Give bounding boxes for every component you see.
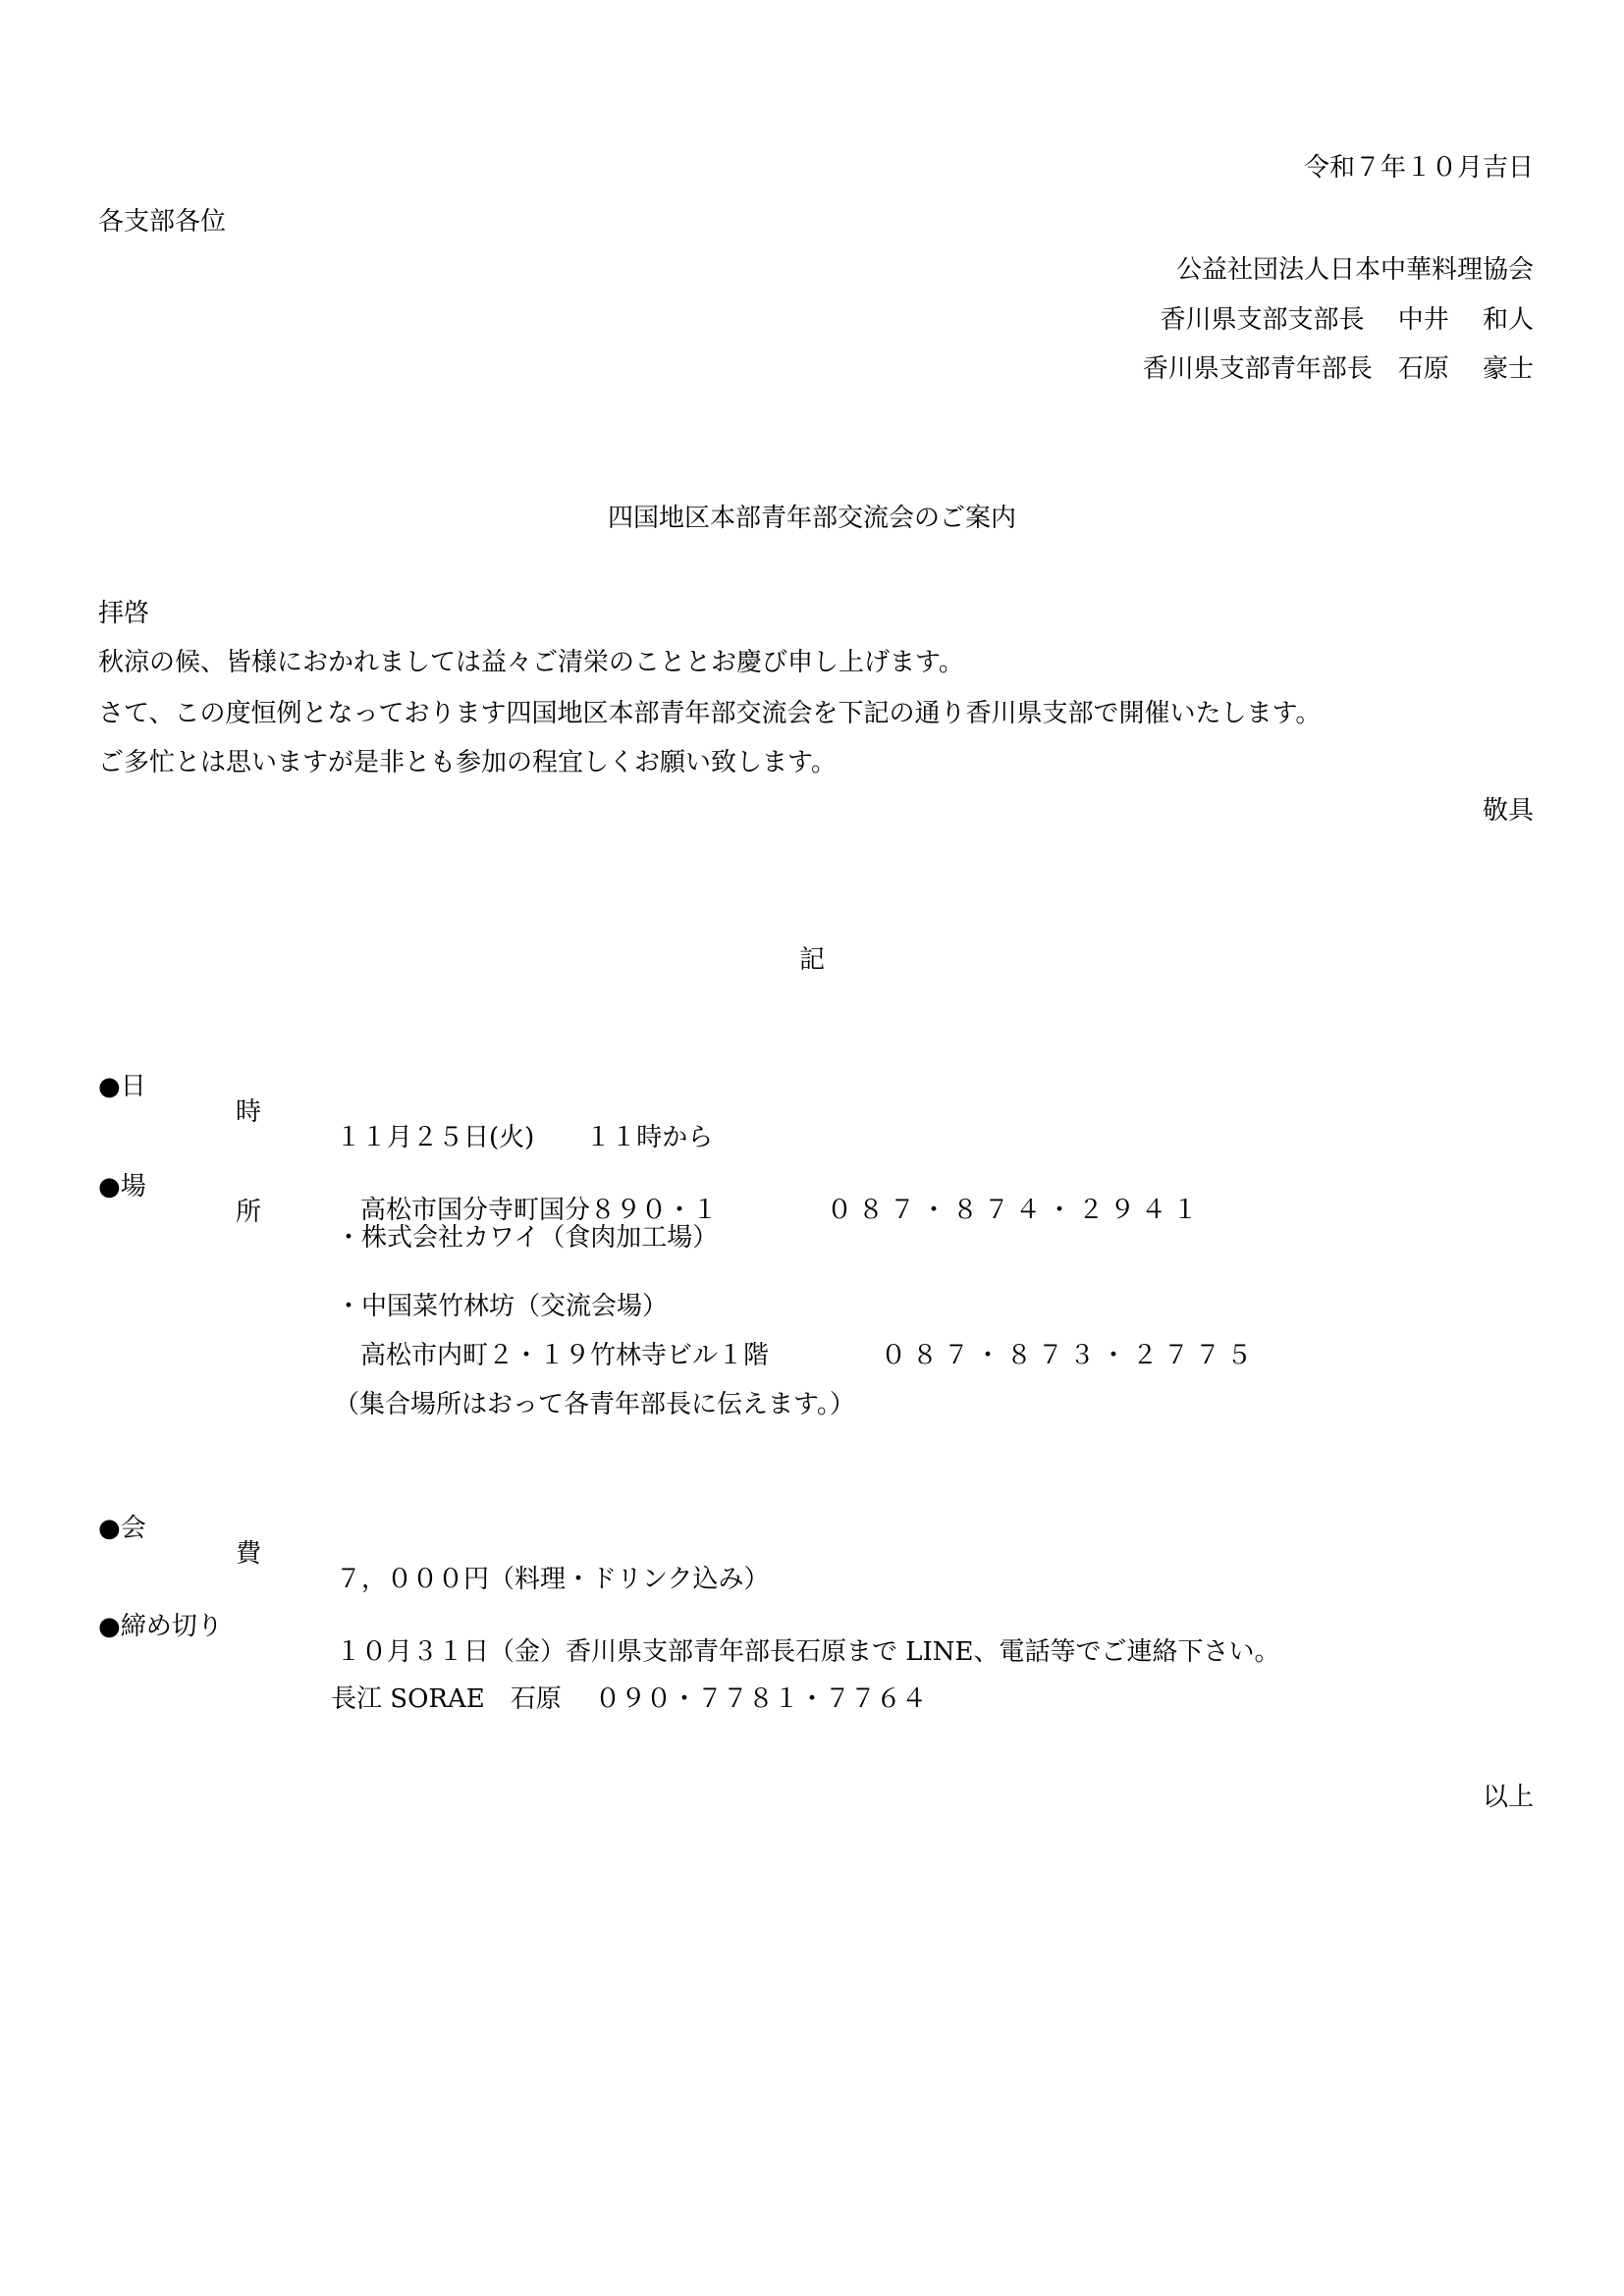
venue-1-address: 高松市国分寺町国分８９０・１: [360, 1198, 718, 1223]
detail-datetime: ●日 時 １１月２５日(火) １１時から: [98, 1048, 1473, 1078]
sender-branch-head: 香川県支部支部長 中井 和人: [1160, 307, 1534, 333]
detail-fee: ●会 費 ７，０００円（料理・ドリンク込み）: [98, 1490, 1473, 1520]
recipient: 各支部各位: [98, 209, 226, 235]
body-paragraph-3: ご多忙とは思いますが是非とも参加の程宜しくお願い致します。: [98, 750, 837, 775]
datetime-label: ●日: [98, 1074, 146, 1099]
meeting-point-note: （集合場所はおって各青年部長に伝えます。）: [334, 1392, 855, 1417]
deadline-value: １０月３１日（金）香川県支部青年部長石原まで LINE、電話等でご連絡下さい。: [336, 1639, 1280, 1665]
contact-line: 長江 SORAE 石原 ０９０・７７８１・７７６４: [331, 1686, 927, 1712]
ki-marker: 記: [0, 947, 1624, 973]
venue-2-name: ・中国菜竹林坊（交流会場）: [336, 1294, 668, 1319]
venue-1-phone: ０８７・８７４・２９４１: [827, 1198, 1204, 1223]
place-label-2: 所: [236, 1200, 261, 1225]
sender-youth-head: 香川県支部青年部長 石原 豪士: [1143, 356, 1534, 382]
bullet-icon: ●: [98, 1612, 121, 1641]
bullet-icon: ●: [98, 1072, 121, 1101]
bullet-icon: ●: [98, 1514, 121, 1543]
detail-deadline: ●締め切り １０月３１日（金）香川県支部青年部長石原まで LINE、電話等でご連…: [98, 1588, 1522, 1618]
fee-label: ●会: [98, 1516, 146, 1541]
sender-organization: 公益社団法人日本中華料理協会: [1176, 257, 1534, 283]
venue-2-address: 高松市内町２・１９竹林寺ビル１階: [360, 1343, 769, 1368]
document-title: 四国地区本部青年部交流会のご案内: [0, 506, 1624, 531]
end-marker: 以上: [1483, 1785, 1534, 1810]
venue-1-name: ・株式会社カワイ（食肉加工場）: [336, 1225, 718, 1251]
venue-2-phone: ０８７・８７３・２７７５: [881, 1343, 1258, 1368]
detail-place: ●場 所 ・株式会社カワイ（食肉加工場）: [98, 1148, 1473, 1178]
closing-salutation: 敬具: [1483, 798, 1534, 824]
place-label: ●場: [98, 1174, 146, 1200]
opening-salutation: 拝啓: [98, 601, 149, 626]
datetime-value: １１月２５日(火) １１時から: [336, 1125, 713, 1150]
bullet-icon: ●: [98, 1172, 121, 1201]
body-paragraph-1: 秋涼の候、皆様におかれましては益々ご清栄のこととお慶び申し上げます。: [98, 650, 964, 675]
body-paragraph-2: さて、この度恒例となっております四国地区本部青年部交流会を下記の通り香川県支部で…: [98, 701, 1321, 726]
document-date: 令和７年１０月吉日: [1304, 155, 1534, 181]
deadline-label: ●締め切り: [98, 1614, 223, 1639]
datetime-label-2: 時: [236, 1099, 261, 1125]
fee-label-2: 費: [236, 1541, 261, 1567]
